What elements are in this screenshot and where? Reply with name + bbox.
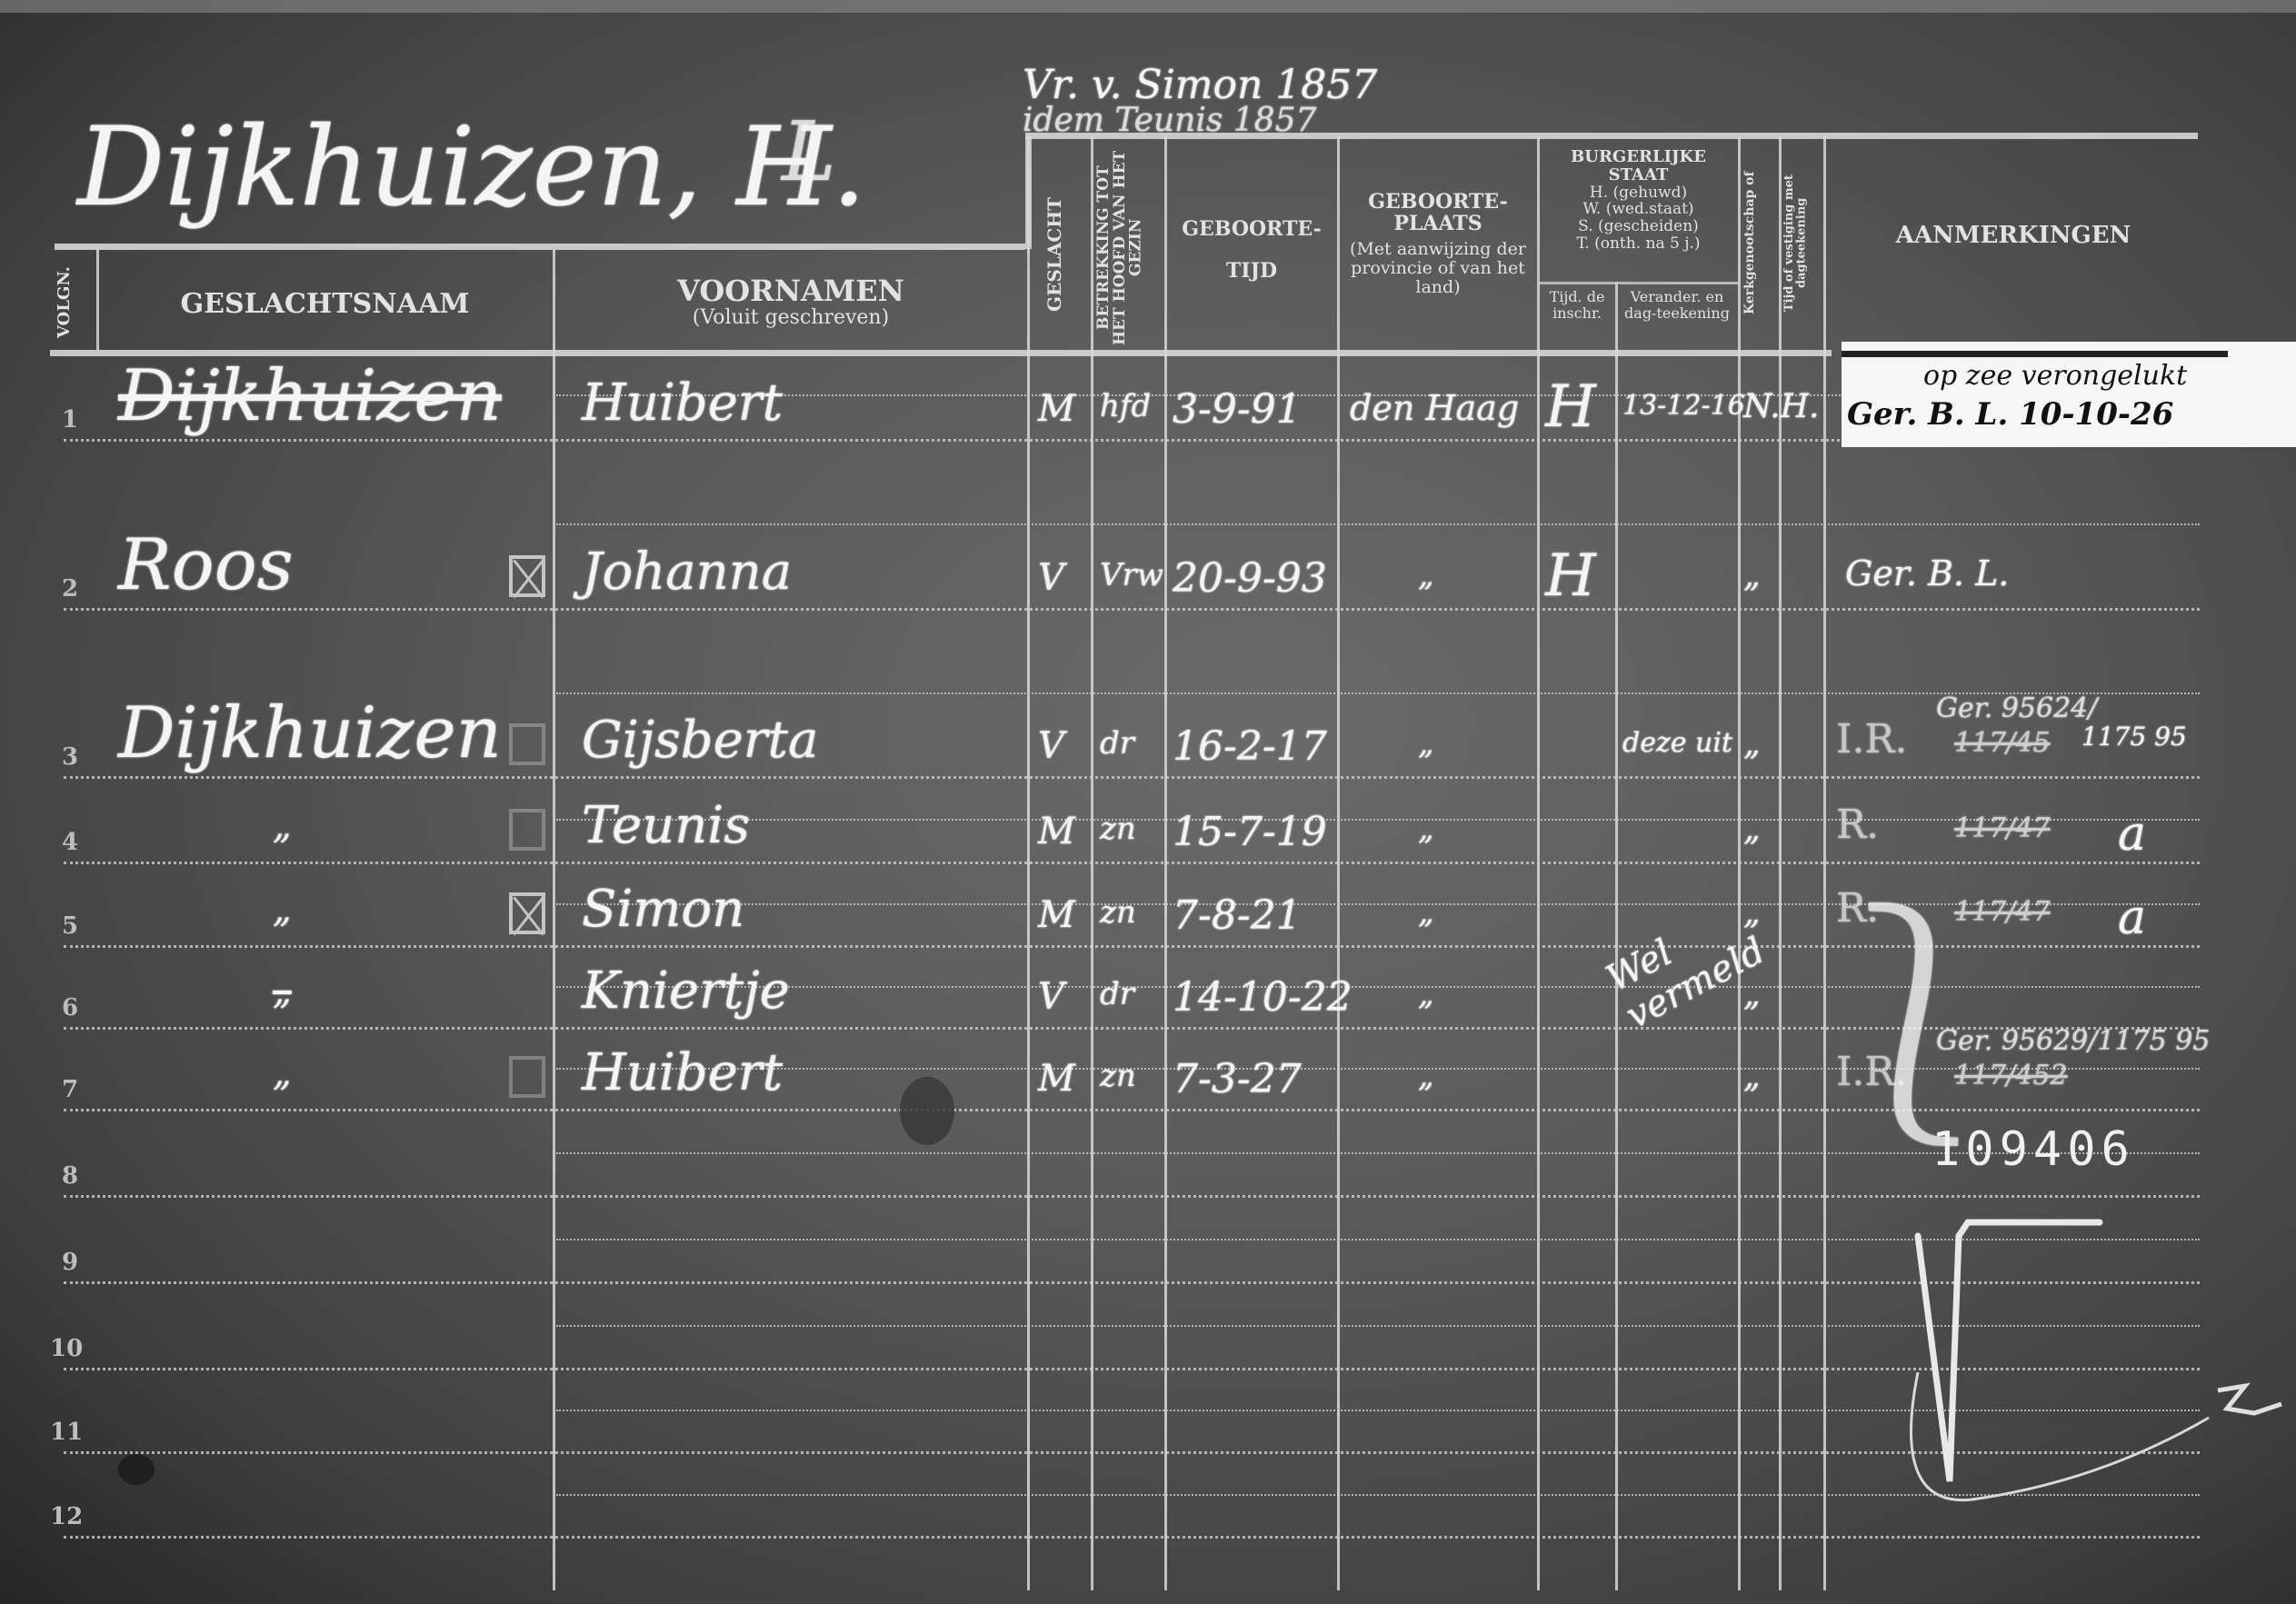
row-rule — [64, 776, 2200, 779]
relation-cell: dr — [1100, 725, 1134, 762]
relation-cell: hfd — [1100, 388, 1151, 424]
row-number: 11 — [50, 1419, 83, 1446]
family-heading: Dijkhuizen, H. — [77, 105, 866, 231]
birth-date-cell: 14-10-22 — [1173, 974, 1353, 1021]
surname-cell: „ — [273, 971, 292, 1012]
church-cell: „ — [1743, 1058, 1761, 1095]
given-name-cell: Kniertje — [582, 961, 790, 1021]
remark-suffix: 1175 95 — [2081, 722, 2187, 752]
church-cell: N.H. — [1743, 388, 1819, 425]
remark-struck: 117/45 — [1954, 727, 2051, 759]
col-divider-bs-tijd — [1615, 282, 1618, 1590]
remark-suffix: a — [2118, 891, 2146, 945]
birth-date-cell: 16-2-17 — [1173, 723, 1327, 770]
sex-cell: M — [1038, 388, 1075, 430]
civil-status-cell: H — [1545, 543, 1596, 610]
surname-cell: Dijkhuizen — [118, 355, 502, 437]
row-rule — [64, 1195, 2200, 1198]
header-voornamen-sub: (Voluit geschreven) — [556, 307, 1025, 329]
header-bs-verander: Verander. en dag-teekening — [1618, 289, 1736, 321]
remark-suffix: a — [2118, 807, 2146, 862]
given-name-cell: Teunis — [582, 796, 750, 855]
sex-cell: M — [1038, 894, 1075, 936]
header-geboorteplaats: GEBOORTE- PLAATS (Met aanwijzing der pro… — [1342, 191, 1534, 297]
pasted-remark-label: op zee verongelukt Ger. B. L. 10-10-26 — [1842, 342, 2296, 447]
header-aanmerkingen: AANMERKINGEN — [1827, 223, 2200, 249]
row-number: 3 — [62, 743, 78, 771]
birth-date-cell: 7-8-21 — [1173, 892, 1302, 939]
sex-cell: V — [1038, 725, 1064, 767]
check-mark-icon — [1900, 1209, 2296, 1554]
row-rule — [64, 1536, 2200, 1539]
row-number: 2 — [62, 575, 78, 603]
surname-cell: „ — [273, 889, 292, 931]
header-bs-t: T. (onth. na 5 j.) — [1541, 235, 1736, 253]
label-line-2: Ger. B. L. 10-10-26 — [1847, 396, 2173, 433]
row-number: 7 — [62, 1076, 78, 1103]
civil-status-cell: H — [1545, 374, 1596, 441]
row-number: 6 — [62, 994, 78, 1021]
header-bs-h: H. (gehuwd) — [1541, 184, 1736, 202]
checkbox-icon — [509, 555, 545, 597]
heading-initial-mark: L — [782, 105, 836, 200]
header-betrekking: BETREKKING TOT HET HOOFD VAN HET GEZIN — [1096, 150, 1160, 345]
header-burgerlijke-staat: BURGERLIJKE STAAT H. (gehuwd) W. (wed.st… — [1541, 148, 1736, 252]
surname-cell: „ — [273, 805, 292, 847]
church-cell: „ — [1743, 557, 1761, 594]
birth-place-cell: „ — [1418, 1058, 1434, 1094]
row-number: 10 — [50, 1335, 83, 1362]
header-bs-w: W. (wed.staat) — [1541, 201, 1736, 218]
header-top-rule-right — [1025, 133, 2198, 139]
remark-prefix: I.R. — [1836, 716, 1907, 762]
church-cell: „ — [1743, 976, 1761, 1013]
sex-cell: V — [1038, 557, 1064, 599]
birth-place-cell: den Haag — [1350, 388, 1519, 428]
header-volgn: VOLGN. — [56, 259, 74, 345]
row-rule — [64, 608, 2200, 611]
sub-rule — [556, 819, 2200, 821]
church-cell: „ — [1743, 725, 1761, 762]
header-geboorteplaats-2: PLAATS — [1342, 213, 1534, 234]
row-rule — [64, 1281, 2200, 1284]
header-geboorteplaats-sub: (Met aanwijzing der provincie of van het… — [1342, 240, 1534, 297]
birth-place-cell: „ — [1418, 725, 1434, 762]
col-divider-geslachtsnaam — [553, 250, 555, 1590]
given-name-cell: Simon — [582, 880, 744, 939]
header-geslacht: GESLACHT — [1045, 168, 1064, 341]
header-vestiging: Tijd of vestiging met dagteekening — [1783, 145, 1820, 341]
change-date-cell: 13-12-16 — [1622, 390, 1745, 422]
header-geboortetijd-1: GEBOORTE- — [1168, 218, 1335, 240]
register-number-stamp: 109406 — [1932, 1122, 2135, 1177]
relation-cell: zn — [1100, 894, 1136, 931]
header-geboortetijd: GEBOORTE- TIJD — [1168, 218, 1335, 282]
checkbox-icon — [509, 892, 545, 934]
birth-date-cell: 3-9-91 — [1173, 386, 1302, 433]
birth-date-cell: 15-7-19 — [1173, 809, 1327, 855]
checkbox-icon — [509, 1056, 545, 1098]
header-geslachtsnaam: GESLACHTSNAAM — [100, 289, 550, 319]
church-cell: „ — [1743, 811, 1761, 848]
header-voornamen-title: VOORNAMEN — [677, 274, 904, 308]
sex-cell: M — [1038, 811, 1075, 852]
header-geboorteplaats-1: GEBOORTE- — [1342, 191, 1534, 213]
checkbox-icon — [509, 723, 545, 765]
birth-place-cell: „ — [1418, 894, 1434, 931]
given-name-cell: Huibert — [582, 1043, 783, 1102]
given-name-cell: Johanna — [582, 543, 792, 602]
header-bs-s: S. (gescheiden) — [1541, 218, 1736, 235]
label-rule — [1842, 351, 2228, 357]
header-bs-tijd: Tijd. de inschr. — [1540, 289, 1614, 321]
change-date-cell: deze uit — [1622, 727, 1732, 759]
header-voornamen: VOORNAMEN (Voluit geschreven) — [556, 275, 1025, 329]
header-bs-title: BURGERLIJKE STAAT — [1541, 148, 1736, 184]
sub-rule — [556, 523, 2200, 525]
birth-place-cell: „ — [1418, 811, 1434, 847]
surname-cell: Dijkhuizen — [118, 692, 502, 774]
row-number: 4 — [62, 829, 78, 856]
given-name-cell: Gijsberta — [582, 711, 818, 770]
birth-date-cell: 20-9-93 — [1173, 555, 1327, 602]
surname-cell: „ — [273, 1052, 292, 1094]
relation-cell: zn — [1100, 811, 1136, 847]
label-line-1: op zee verongelukt — [1923, 360, 2187, 392]
side-note: Wel vermeld — [1600, 878, 1800, 1037]
birth-place-cell: „ — [1418, 976, 1434, 1012]
row-rule — [64, 1368, 2200, 1370]
ink-stain — [900, 1077, 954, 1145]
relation-cell: dr — [1100, 976, 1134, 1012]
remark-cell: Ger. B. L. — [1845, 553, 2009, 593]
header-top-rule-left — [55, 244, 1025, 250]
ink-stain — [118, 1454, 155, 1485]
sex-cell: V — [1038, 976, 1064, 1018]
row-number: 12 — [50, 1503, 83, 1530]
birth-place-cell: „ — [1418, 557, 1434, 593]
row-rule — [64, 1451, 2200, 1454]
sex-cell: M — [1038, 1058, 1075, 1100]
row-number: 1 — [62, 406, 78, 433]
card-top-edge — [0, 0, 2296, 13]
population-register-card: Dijkhuizen, H. L Vr. v. Simon 1857 idem … — [0, 0, 2296, 1604]
checkbox-icon — [509, 809, 545, 851]
row-number: 5 — [62, 912, 78, 940]
row-number: 8 — [62, 1162, 78, 1190]
relation-cell: zn — [1100, 1058, 1136, 1094]
col-divider-volgn — [96, 250, 99, 350]
birth-date-cell: 7-3-27 — [1173, 1056, 1302, 1102]
surname-cell: Roos — [118, 524, 294, 606]
remark-cell: Ger. 95624/ — [1936, 692, 2097, 724]
header-geboortetijd-2: TIJD — [1168, 260, 1335, 282]
relation-cell: Vrw — [1100, 557, 1163, 593]
header-kerkgenootschap: Kerkgenootschap of — [1743, 145, 1757, 341]
given-name-cell: Huibert — [582, 374, 783, 433]
bs-sub-rule — [1537, 282, 1738, 284]
row-number: 9 — [62, 1249, 78, 1276]
